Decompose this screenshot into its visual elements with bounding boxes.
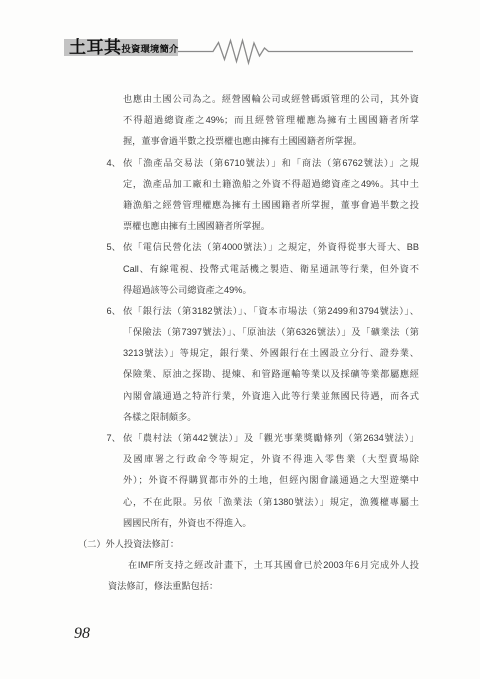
- text-line: 保險業、原油之探勘、提煉、和管路運輸等業以及採礦等業都屬應經: [123, 364, 419, 385]
- document-page: 土耳其投資環境簡介 也應由土國公司為之。經營國輪公司或經營碼頭管理的公司，其外資…: [0, 0, 480, 679]
- item-number: 7、: [107, 428, 121, 449]
- text-line: 資法修訂，修法重點包括：: [108, 576, 419, 597]
- text-line: 4、依「漁產品交易法（第6710號法）」和「商法（第6762號法）」之規: [123, 153, 419, 174]
- text-line: 6、依「銀行法（第3182號法）」、「資本市場法（第2499和3794號法）」、: [123, 301, 419, 322]
- header-title-main: 土耳其: [69, 40, 122, 55]
- text-line: 7、依「農村法（第442號法）」及「觀光事業獎勵條列（第2634號法）」: [123, 428, 419, 449]
- text-line: 也應由土國公司為之。經營國輪公司或經營碼頭管理的公司，其外資: [123, 89, 419, 110]
- text-line: 「保險法（第7397號法）」、「原油法（第6326號法）」及「礦業法（第: [123, 322, 419, 343]
- text-line: Call、有線電視、投幣式電話機之製造、衛星通訊等行業，但外資不: [123, 259, 419, 280]
- page-number: 98: [74, 625, 90, 643]
- text-line: 在IMF所支持之經改計畫下，土耳其國會已於2003年6月完成外人投: [108, 555, 419, 576]
- text-line: 3213號法）」等規定，銀行業、外國銀行在土國設立分行、證券業、: [123, 343, 419, 364]
- text-line: 籍漁船之經營管理權應為擁有土國國籍者所掌握，董事會過半數之投: [123, 195, 419, 216]
- text-line: 各樣之限制頗多。: [123, 407, 419, 428]
- text-line: 及國庫署之行政命令等規定，外資不得進入零售業（大型賣場除: [123, 449, 419, 470]
- text-line: 內閣會議通過之特許行業，外資進入此等行業並無國民待遇，而各式: [123, 386, 419, 407]
- text-line: 心，不在此限。另依「漁業法（第1380號法）」規定，漁獲權專屬土: [123, 492, 419, 513]
- item-number: 6、: [107, 301, 121, 322]
- text-line: 票權也應由擁有土國國籍者所掌握。: [123, 216, 419, 237]
- text-line: 定，漁產品加工廠和土籍漁船之外資不得超過總資產之49%。其中土: [123, 174, 419, 195]
- text-line: 不得超過總資產之49%；而且經營管理權應為擁有土國國籍者所掌: [123, 110, 419, 131]
- text-line: 握，董事會過半數之投票權也應由擁有土國國籍者所掌握。: [123, 131, 419, 152]
- text-line: 得超過該等公司總資產之49%。: [123, 280, 419, 301]
- ecg-zigzag-divider-icon: [0, 0, 480, 70]
- text-line: 國國民所有，外資也不得進入。: [123, 513, 419, 534]
- header-title-sub: 投資環境簡介: [122, 44, 179, 55]
- body-text: 也應由土國公司為之。經營國輪公司或經營碼頭管理的公司，其外資 不得超過總資產之4…: [123, 89, 419, 598]
- header-title-bar: 土耳其投資環境簡介: [64, 39, 178, 56]
- text-line: 外）；外資不得購買都市外的土地，但經內閣會議通過之大型遊樂中: [123, 470, 419, 491]
- text-line: 5、依「電信民營化法（第4000號法）」之規定，外資得從事大哥大、BB: [123, 237, 419, 258]
- item-number: 4、: [107, 153, 121, 174]
- item-number: 5、: [107, 237, 121, 258]
- section-heading: （二）外人投資法修訂：: [78, 534, 419, 555]
